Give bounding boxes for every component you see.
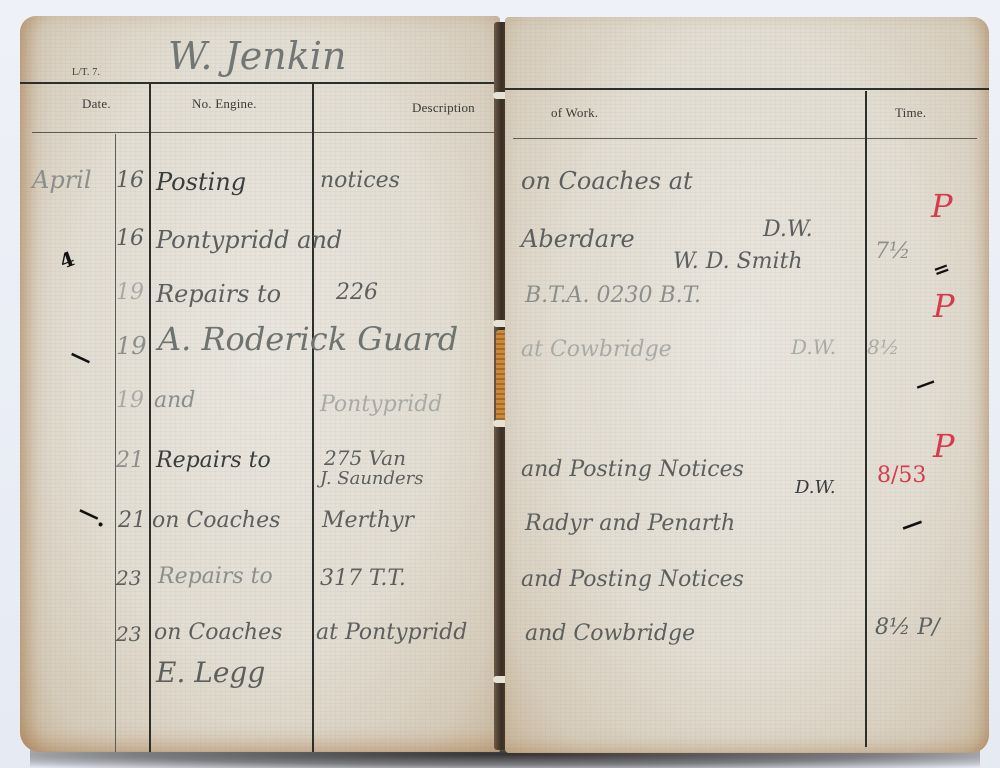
- form-code: L/T. 7.: [72, 67, 100, 78]
- time-mark: —: [897, 508, 927, 540]
- entry-engine: Posting: [156, 168, 246, 196]
- col-header-of-work: of Work.: [551, 105, 598, 121]
- entry-desc-right: Aberdare: [521, 225, 635, 253]
- col-header-date: Date.: [82, 96, 111, 112]
- entry-engine: and: [154, 388, 195, 413]
- entry-desc-left: 317 T.T.: [320, 566, 406, 591]
- entry-initials: D.W.: [763, 217, 813, 242]
- time-mark: =: [929, 255, 953, 283]
- entry-time: 8½: [867, 335, 899, 359]
- entry-initials: D.W.: [795, 477, 836, 498]
- entry-desc-right: on Coaches at: [521, 167, 693, 195]
- col-divider-date: [149, 84, 151, 752]
- entry-day: 19: [116, 280, 144, 305]
- entry-day: 16: [116, 226, 144, 251]
- time-mark: —: [911, 368, 938, 397]
- entry-desc-left: 275 Van: [324, 446, 406, 470]
- red-annotation-p: P: [933, 287, 955, 325]
- entry-desc-right: and Cowbridge: [525, 621, 695, 646]
- col-divider-engine: [312, 84, 314, 752]
- entry-desc-left-2: J. Saunders: [320, 468, 424, 489]
- left-page: L/T. 7. W. Jenkin Date. No. Engine. Desc…: [20, 16, 500, 752]
- col-divider-time: [865, 91, 867, 747]
- entry-engine: Pontypridd and: [156, 226, 342, 254]
- entry-engine: on Coaches: [152, 508, 280, 533]
- signature-e-legg: E. Legg: [156, 656, 265, 689]
- entry-desc-right: Radyr and Penarth: [525, 511, 735, 536]
- right-page: of Work. Time. on Coaches at P Aberdare …: [505, 17, 989, 753]
- header-top-rule: [505, 88, 989, 90]
- entry-time: 7½: [875, 239, 910, 264]
- entry-engine: Repairs to: [156, 448, 271, 473]
- entry-desc-right: B.T.A. 0230 B.T.: [525, 283, 701, 308]
- entry-day: 19: [116, 332, 147, 360]
- red-annotation-p: P: [931, 187, 953, 225]
- col-header-description: Description: [412, 100, 475, 116]
- entry-desc-right: and Posting Notices: [521, 457, 744, 482]
- entry-day: 21: [118, 508, 146, 533]
- entry-desc-left: notices: [320, 168, 400, 193]
- owner-signature: W. Jenkin: [168, 34, 346, 78]
- entry-desc-left: at Pontypridd: [316, 620, 467, 645]
- red-time: 8/53: [877, 463, 926, 488]
- entry-day: 19: [116, 388, 144, 413]
- entry-day: 16: [116, 168, 144, 193]
- header-bottom-rule: [32, 132, 500, 133]
- entry-day: 21: [116, 448, 144, 473]
- entry-engine: Repairs to: [158, 564, 273, 589]
- header-bottom-rule: [513, 138, 977, 139]
- header-top-rule: [20, 82, 500, 84]
- entry-desc-right: and Posting Notices: [521, 567, 744, 592]
- entry-desc-left: Pontypridd: [320, 392, 442, 417]
- col-header-engine: No. Engine.: [192, 96, 257, 112]
- red-annotation-p: P: [933, 427, 955, 465]
- entry-desc-right: at Cowbridge: [521, 337, 672, 362]
- entry-desc-left: Merthyr: [322, 508, 414, 533]
- entry-initials: D.W.: [791, 335, 836, 359]
- entry-engine: on Coaches: [154, 620, 282, 645]
- entry-engine: Repairs to: [156, 280, 281, 308]
- entry-month: April: [32, 166, 92, 194]
- entry-day: 23: [116, 622, 141, 646]
- col-header-time: Time.: [895, 105, 926, 121]
- margin-mark: 4: [56, 246, 77, 273]
- entry-engine: A. Roderick Guard: [158, 320, 458, 358]
- entry-time: 8½ P/: [875, 615, 940, 640]
- entry-desc-left: 226: [336, 280, 378, 305]
- signature-w-d-smith: W. D. Smith: [673, 249, 803, 274]
- margin-mark: —.: [74, 497, 112, 533]
- entry-day: 23: [116, 566, 141, 590]
- margin-mark: —: [66, 341, 97, 374]
